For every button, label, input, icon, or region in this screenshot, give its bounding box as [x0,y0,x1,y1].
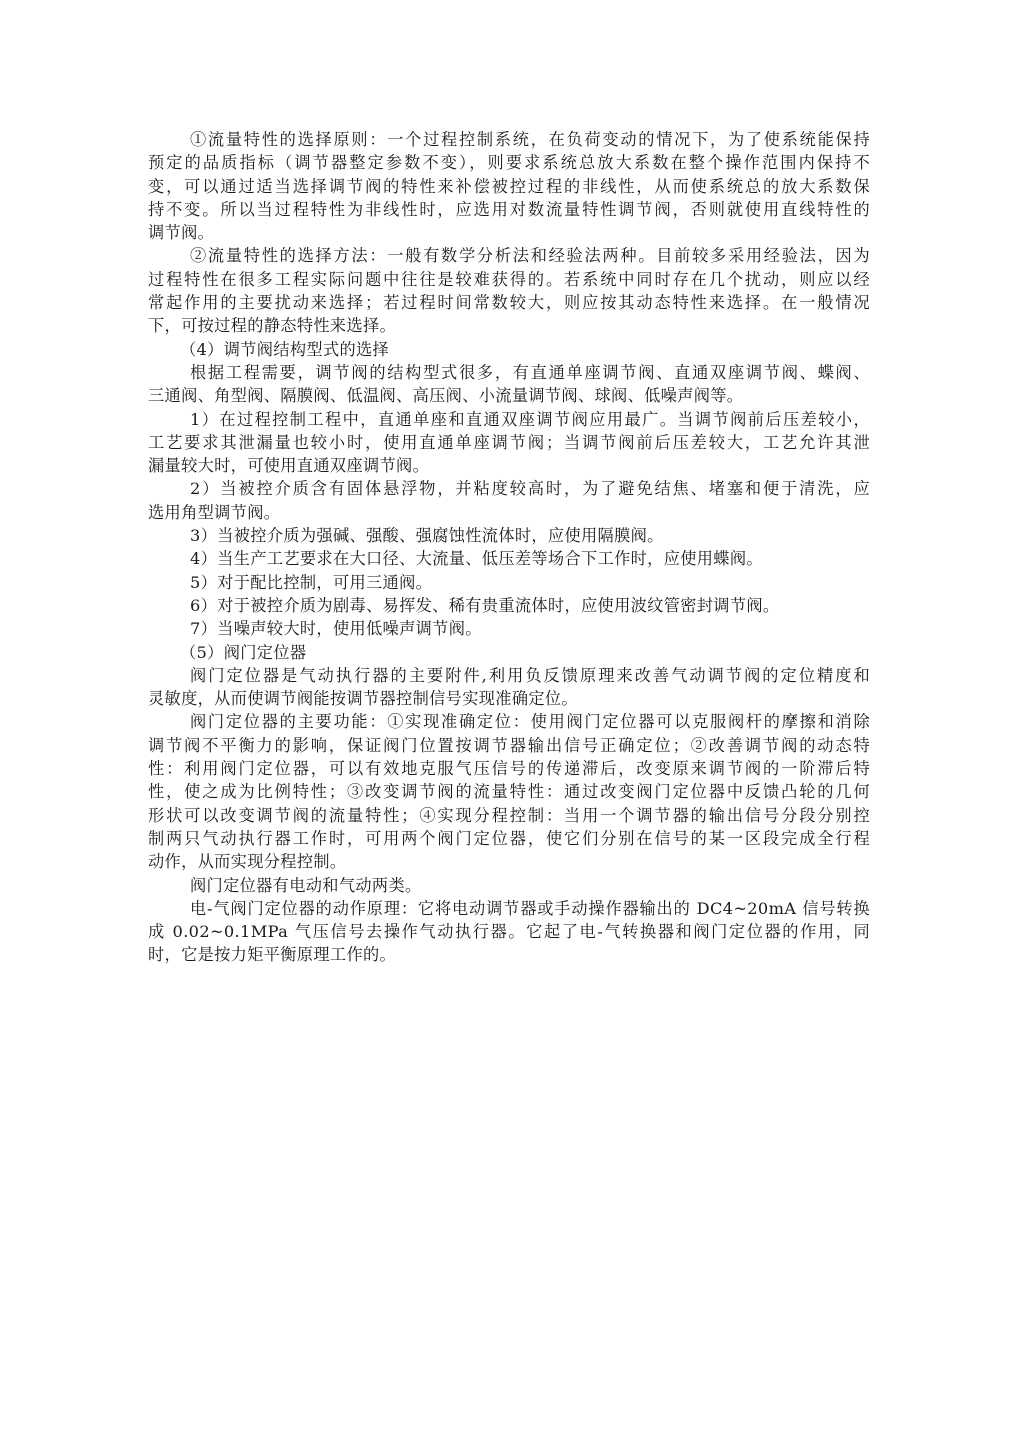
text-line: 调节阀不平衡力的影响，保证阀门位置按调节器输出信号正确定位；②改善调节阀的动态特 [148,734,870,757]
text-line: 选用角型调节阀。 [148,501,870,524]
list-item-7: 7）当噪声较大时，使用低噪声调节阀。 [148,617,870,640]
text-line: 1）在过程控制工程中，直通单座和直通双座调节阀应用最广。当调节阀前后压差较小， [148,408,870,431]
list-item-6: 6）对于被控介质为剧毒、易挥发、稀有贵重流体时，应使用波纹管密封调节阀。 [148,594,870,617]
text-line: 持不变。所以当过程特性为非线性时，应选用对数流量特性调节阀，否则就使用直线特性的 [148,198,870,221]
text-line: 2）当被控介质含有固体悬浮物，并粘度较高时，为了避免结焦、堵塞和便于清洗，应 [148,477,870,500]
text-line: 阀门定位器有电动和气动两类。 [148,874,870,897]
text-line: 工艺要求其泄漏量也较小时，使用直通单座调节阀；当调节阀前后压差较大，工艺允许其泄 [148,431,870,454]
paragraph-flow-characteristic-method: ②流量特性的选择方法：一般有数学分析法和经验法两种。目前较多采用经验法，因为 过… [148,244,870,337]
paragraph-positioner-functions: 阀门定位器的主要功能：①实现准确定位：使用阀门定位器可以克服阀杆的摩擦和消除 调… [148,710,870,873]
text-line: 三通阀、角型阀、隔膜阀、低温阀、高压阀、小流量调节阀、球阀、低噪声阀等。 [148,384,870,407]
text-line: 6）对于被控介质为剧毒、易挥发、稀有贵重流体时，应使用波纹管密封调节阀。 [148,594,870,617]
text-line: 常起作用的主要扰动来选择；若过程时间常数较大，则应按其动态特性来选择。在一般情况 [148,291,870,314]
text-line: 制两只气动执行器工作时，可用两个阀门定位器，使它们分别在信号的某一区段完成全行程 [148,827,870,850]
document-page: ①流量特性的选择原则：一个过程控制系统，在负荷变动的情况下，为了使系统能保持 预… [148,128,870,967]
text-line: 性，使之成为比例特性；③改变调节阀的流量特性：通过改变阀门定位器中反馈凸轮的几何 [148,780,870,803]
paragraph-positioner-types: 阀门定位器有电动和气动两类。 [148,874,870,897]
text-line: 电-气阀门定位器的动作原理：它将电动调节器或手动操作器输出的 DC4~20mA … [148,897,870,920]
heading-text: （4）调节阀结构型式的选择 [148,338,870,361]
text-line: 下，可按过程的静态特性来选择。 [148,314,870,337]
paragraph-positioner-intro: 阀门定位器是气动执行器的主要附件,利用负反馈原理来改善气动调节阀的定位精度和 灵… [148,664,870,711]
list-item-4: 4）当生产工艺要求在大口径、大流量、低压差等场合下工作时，应使用蝶阀。 [148,547,870,570]
text-line: 变，可以通过适当选择调节阀的特性来补偿被控过程的非线性，从而使系统总的放大系数保 [148,175,870,198]
list-item-5: 5）对于配比控制，可用三通阀。 [148,571,870,594]
section-heading-4: （4）调节阀结构型式的选择 [148,338,870,361]
list-item-2: 2）当被控介质含有固体悬浮物，并粘度较高时，为了避免结焦、堵塞和便于清洗，应 选… [148,477,870,524]
heading-text: （5）阀门定位器 [148,641,870,664]
text-line: 5）对于配比控制，可用三通阀。 [148,571,870,594]
section-heading-5: （5）阀门定位器 [148,641,870,664]
text-line: 根据工程需要，调节阀的结构型式很多，有直通单座调节阀、直通双座调节阀、蝶阀、 [148,361,870,384]
text-line: 漏量较大时，可使用直通双座调节阀。 [148,454,870,477]
paragraph-valve-types: 根据工程需要，调节阀的结构型式很多，有直通单座调节阀、直通双座调节阀、蝶阀、 三… [148,361,870,408]
text-line: 3）当被控介质为强碱、强酸、强腐蚀性流体时，应使用隔膜阀。 [148,524,870,547]
list-item-1: 1）在过程控制工程中，直通单座和直通双座调节阀应用最广。当调节阀前后压差较小， … [148,408,870,478]
text-line: 预定的品质指标（调节器整定参数不变），则要求系统总放大系数在整个操作范围内保持不 [148,151,870,174]
text-line: 过程特性在很多工程实际问题中往往是较难获得的。若系统中同时存在几个扰动，则应以经 [148,268,870,291]
text-line: ①流量特性的选择原则：一个过程控制系统，在负荷变动的情况下，为了使系统能保持 [148,128,870,151]
text-line: 动作，从而实现分程控制。 [148,850,870,873]
list-item-3: 3）当被控介质为强碱、强酸、强腐蚀性流体时，应使用隔膜阀。 [148,524,870,547]
text-line: 灵敏度，从而使调节阀能按调节器控制信号实现准确定位。 [148,687,870,710]
paragraph-ep-positioner-principle: 电-气阀门定位器的动作原理：它将电动调节器或手动操作器输出的 DC4~20mA … [148,897,870,967]
paragraph-flow-characteristic-principle: ①流量特性的选择原则：一个过程控制系统，在负荷变动的情况下，为了使系统能保持 预… [148,128,870,244]
text-line: 阀门定位器是气动执行器的主要附件,利用负反馈原理来改善气动调节阀的定位精度和 [148,664,870,687]
text-line: 时，它是按力矩平衡原理工作的。 [148,943,870,966]
text-line: 性：利用阀门定位器，可以有效地克服气压信号的传递滞后，改变原来调节阀的一阶滞后特 [148,757,870,780]
text-line: 4）当生产工艺要求在大口径、大流量、低压差等场合下工作时，应使用蝶阀。 [148,547,870,570]
text-line: ②流量特性的选择方法：一般有数学分析法和经验法两种。目前较多采用经验法，因为 [148,244,870,267]
text-line: 形状可以改变调节阀的流量特性；④实现分程控制：当用一个调节器的输出信号分段分别控 [148,804,870,827]
text-line: 阀门定位器的主要功能：①实现准确定位：使用阀门定位器可以克服阀杆的摩擦和消除 [148,710,870,733]
text-line: 成 0.02~0.1MPa 气压信号去操作气动执行器。它起了电-气转换器和阀门定… [148,920,870,943]
text-line: 调节阀。 [148,221,870,244]
text-line: 7）当噪声较大时，使用低噪声调节阀。 [148,617,870,640]
